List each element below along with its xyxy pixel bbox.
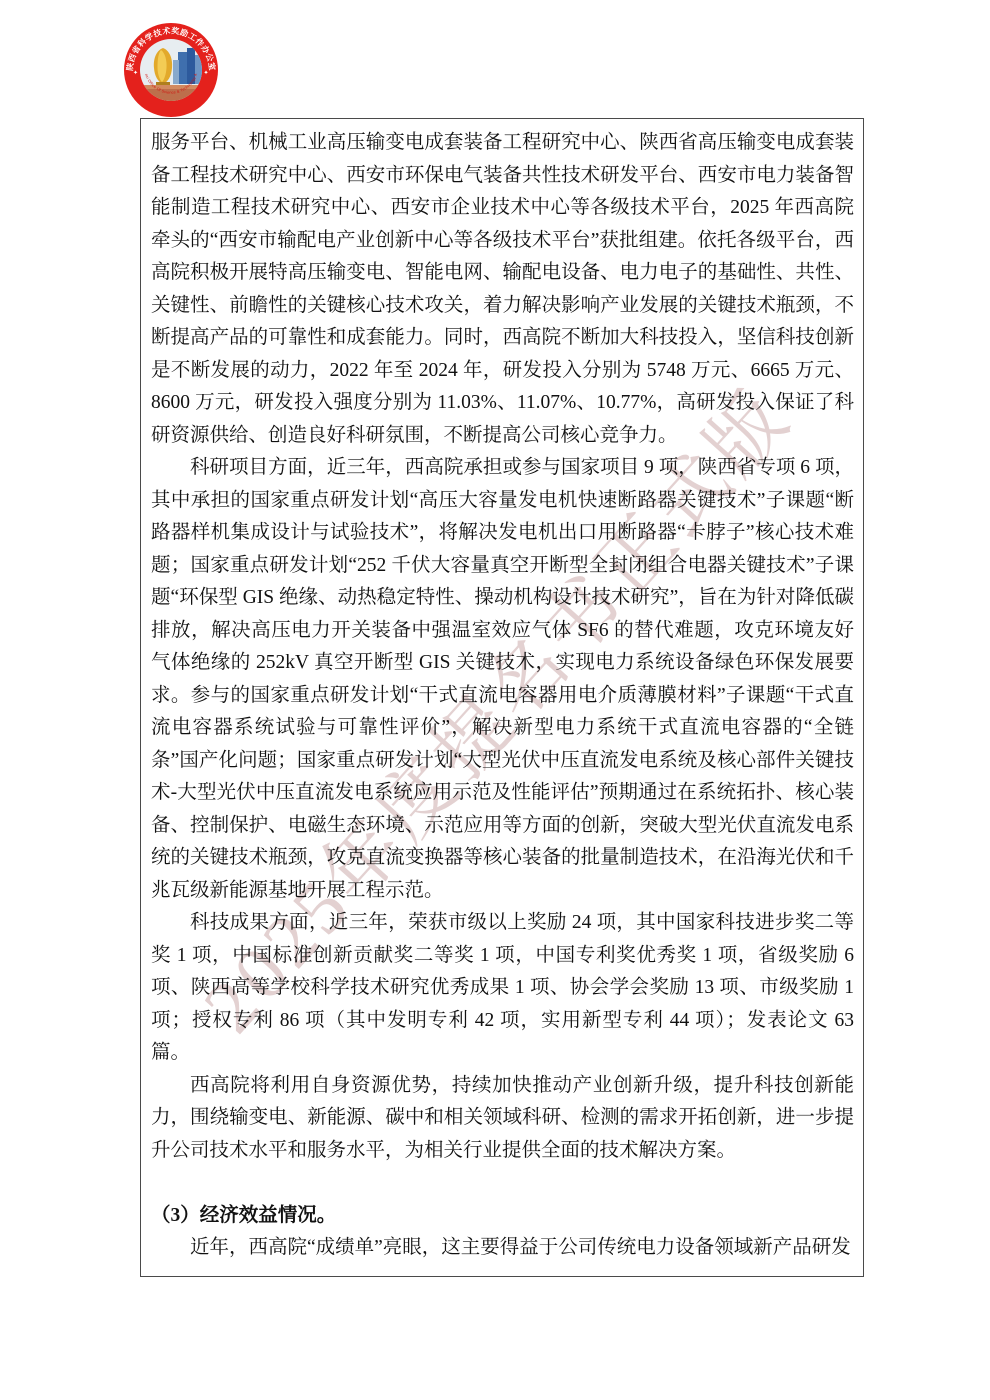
paragraph-recent-results: 近年，西高院“成绩单”亮眼，这主要得益于公司传统电力设备领域新产品研发 <box>151 1232 854 1265</box>
star-left-icon: ✦ <box>133 70 138 77</box>
paragraph-continuation: 服务平台、机械工业高压输变电成套装备工程研究中心、陕西省高压输变电成套装备工程技… <box>151 127 854 452</box>
document-page: 陕西省科学技术奖励工作办公室 Shaanxi Office Of Science… <box>0 0 990 1400</box>
paragraph-achievements: 科技成果方面，近三年，荣获市级以上奖励 24 项，其中国家科技进步奖二等奖 1 … <box>151 907 854 1070</box>
paragraph-research-projects: 科研项目方面，近三年，西高院承担或参与国家项目 9 项，陕西省专项 6 项，其中… <box>151 452 854 907</box>
award-office-seal-logo: 陕西省科学技术奖励工作办公室 Shaanxi Office Of Science… <box>123 22 219 118</box>
water-highlight <box>140 85 202 89</box>
document-content-box: 服务平台、机械工业高压输变电成套装备工程研究中心、陕西省高压输变电成套装备工程技… <box>140 118 864 1277</box>
paragraph-outlook: 西高院将利用自身资源优势，持续加快推动产业创新升级，提升科技创新能力，围绕输变电… <box>151 1070 854 1168</box>
section-heading-economic-benefit: （3）经济效益情况。 <box>151 1200 854 1233</box>
seal-icon: 陕西省科学技术奖励工作办公室 Shaanxi Office Of Science… <box>123 22 219 118</box>
star-right-icon: ✦ <box>204 70 209 77</box>
